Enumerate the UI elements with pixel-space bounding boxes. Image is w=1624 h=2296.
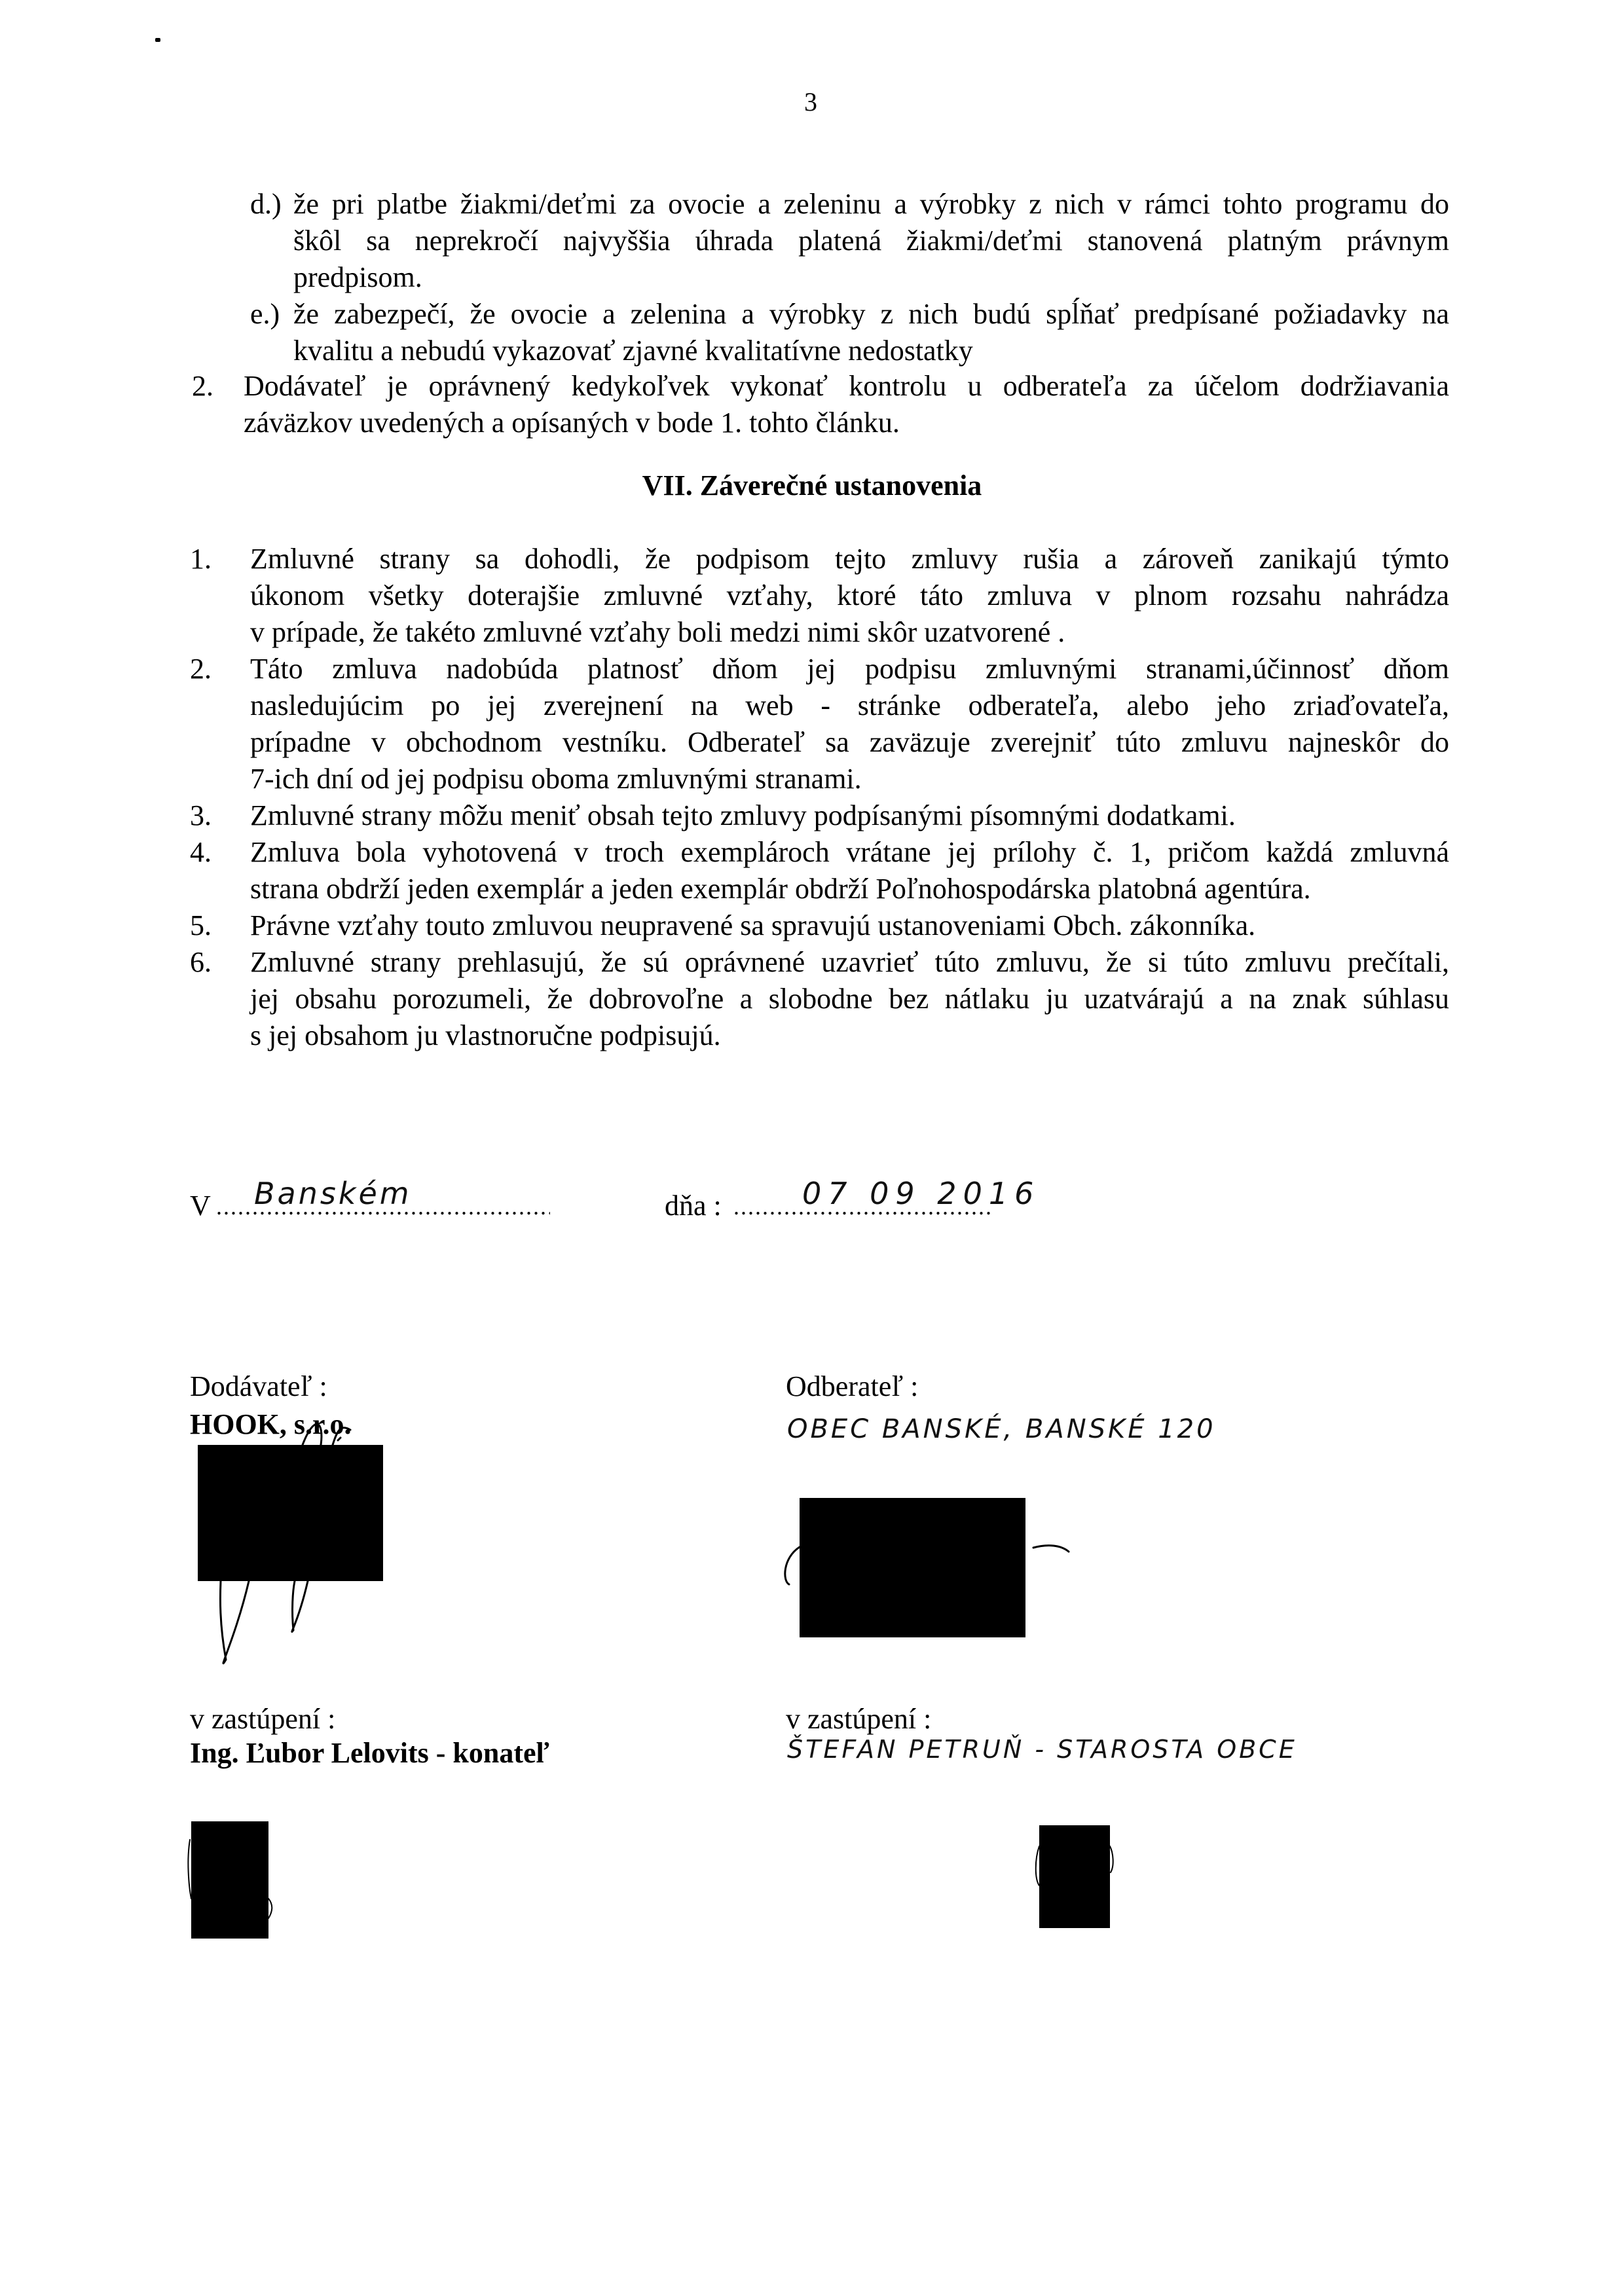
- a7-point-4-line-2: strana obdrží jeden exemplár a jeden exe…: [250, 871, 1311, 907]
- redacted-signature: [198, 1445, 383, 1581]
- page-number: 3: [804, 86, 817, 117]
- item-e-line-1: že zabezpečí, že ovocie a zelenina a výr…: [293, 296, 1449, 333]
- scan-speck: [155, 38, 160, 42]
- item-d-line-1: že pri platbe žiakmi/deťmi za ovocie a z…: [293, 186, 1449, 223]
- point-2-line-2: záväzkov uvedených a opísaných v bode 1.…: [244, 405, 900, 441]
- a7-point-2-line-2: nasledujúcim po jej zverejnení na web - …: [250, 687, 1449, 724]
- a7-point-2-label: 2.: [190, 651, 212, 687]
- a7-point-5-label: 5.: [190, 907, 212, 944]
- redacted-stamp: [191, 1821, 268, 1939]
- point-2-line-1: Dodávateľ je oprávnený kedykoľvek vykona…: [244, 368, 1449, 405]
- a7-point-4-line-1: Zmluva bola vyhotovená v troch exempláro…: [250, 834, 1449, 871]
- a7-point-6-label: 6.: [190, 944, 212, 981]
- a7-point-2-line-1: Táto zmluva nadobúda platnosť dňom jej p…: [250, 651, 1449, 687]
- supplier-role-label: Dodávateľ :: [190, 1370, 327, 1403]
- item-label-d: d.): [250, 186, 282, 223]
- item-d-line-2: škôl sa neprekročí najvyššia úhrada plat…: [293, 223, 1449, 259]
- a7-point-1-line-3: v prípade, že takéto zmluvné vzťahy boli…: [250, 614, 1065, 651]
- item-e-line-2: kvalitu a nebudú vykazovať zjavné kvalit…: [293, 333, 973, 369]
- date-handwritten: 07 09 2016: [802, 1176, 1040, 1211]
- place-handwritten: Banském: [254, 1176, 412, 1211]
- place-label: V: [190, 1189, 211, 1222]
- a7-point-1-label: 1.: [190, 541, 212, 577]
- customer-company-handwritten: OBEC BANSKÉ, BANSKÉ 120: [787, 1414, 1216, 1444]
- redacted-signature: [800, 1498, 1025, 1637]
- a7-point-3-label: 3.: [190, 797, 212, 834]
- supplier-representative: Ing. Ľubor Lelovits - konateľ: [190, 1736, 549, 1770]
- a7-point-1-line-1: Zmluvné strany sa dohodli, že podpisom t…: [250, 541, 1449, 577]
- a7-point-6-line-2: jej obsahu porozumeli, že dobrovoľne a s…: [250, 981, 1449, 1017]
- supplier-company: HOOK, s.r.o.: [190, 1408, 352, 1441]
- a7-point-1-line-2: úkonom všetky doterajšie zmluvné vzťahy,…: [250, 577, 1449, 614]
- point-2-label: 2.: [192, 368, 213, 405]
- a7-point-2-line-4: 7-ich dní od jej podpisu oboma zmluvnými…: [250, 761, 862, 797]
- redacted-stamp: [1039, 1825, 1110, 1928]
- a7-point-4-label: 4.: [190, 834, 212, 871]
- date-label: dňa :: [665, 1189, 722, 1222]
- a7-point-6-line-3: s jej obsahom ju vlastnoručne podpisujú.: [250, 1017, 721, 1054]
- supplier-represented-label: v zastúpení :: [190, 1702, 335, 1736]
- a7-point-6-line-1: Zmluvné strany prehlasujú, že sú oprávne…: [250, 944, 1449, 981]
- a7-point-2-line-3: prípadne v obchodnom vestníku. Odberateľ…: [250, 724, 1449, 761]
- a7-point-5-line-1: Právne vzťahy touto zmluvou neupravené s…: [250, 907, 1255, 944]
- customer-representative-handwritten: ŠTEFAN PETRUŇ - STAROSTA OBCE: [787, 1735, 1297, 1764]
- a7-point-3-line-1: Zmluvné strany môžu meniť obsah tejto zm…: [250, 797, 1236, 834]
- item-d-line-3: predpisom.: [293, 259, 422, 296]
- item-label-e: e.): [250, 296, 280, 333]
- customer-represented-label: v zastúpení :: [786, 1702, 931, 1736]
- customer-role-label: Odberateľ :: [786, 1370, 918, 1403]
- section-heading: VII. Záverečné ustanovenia: [0, 469, 1624, 502]
